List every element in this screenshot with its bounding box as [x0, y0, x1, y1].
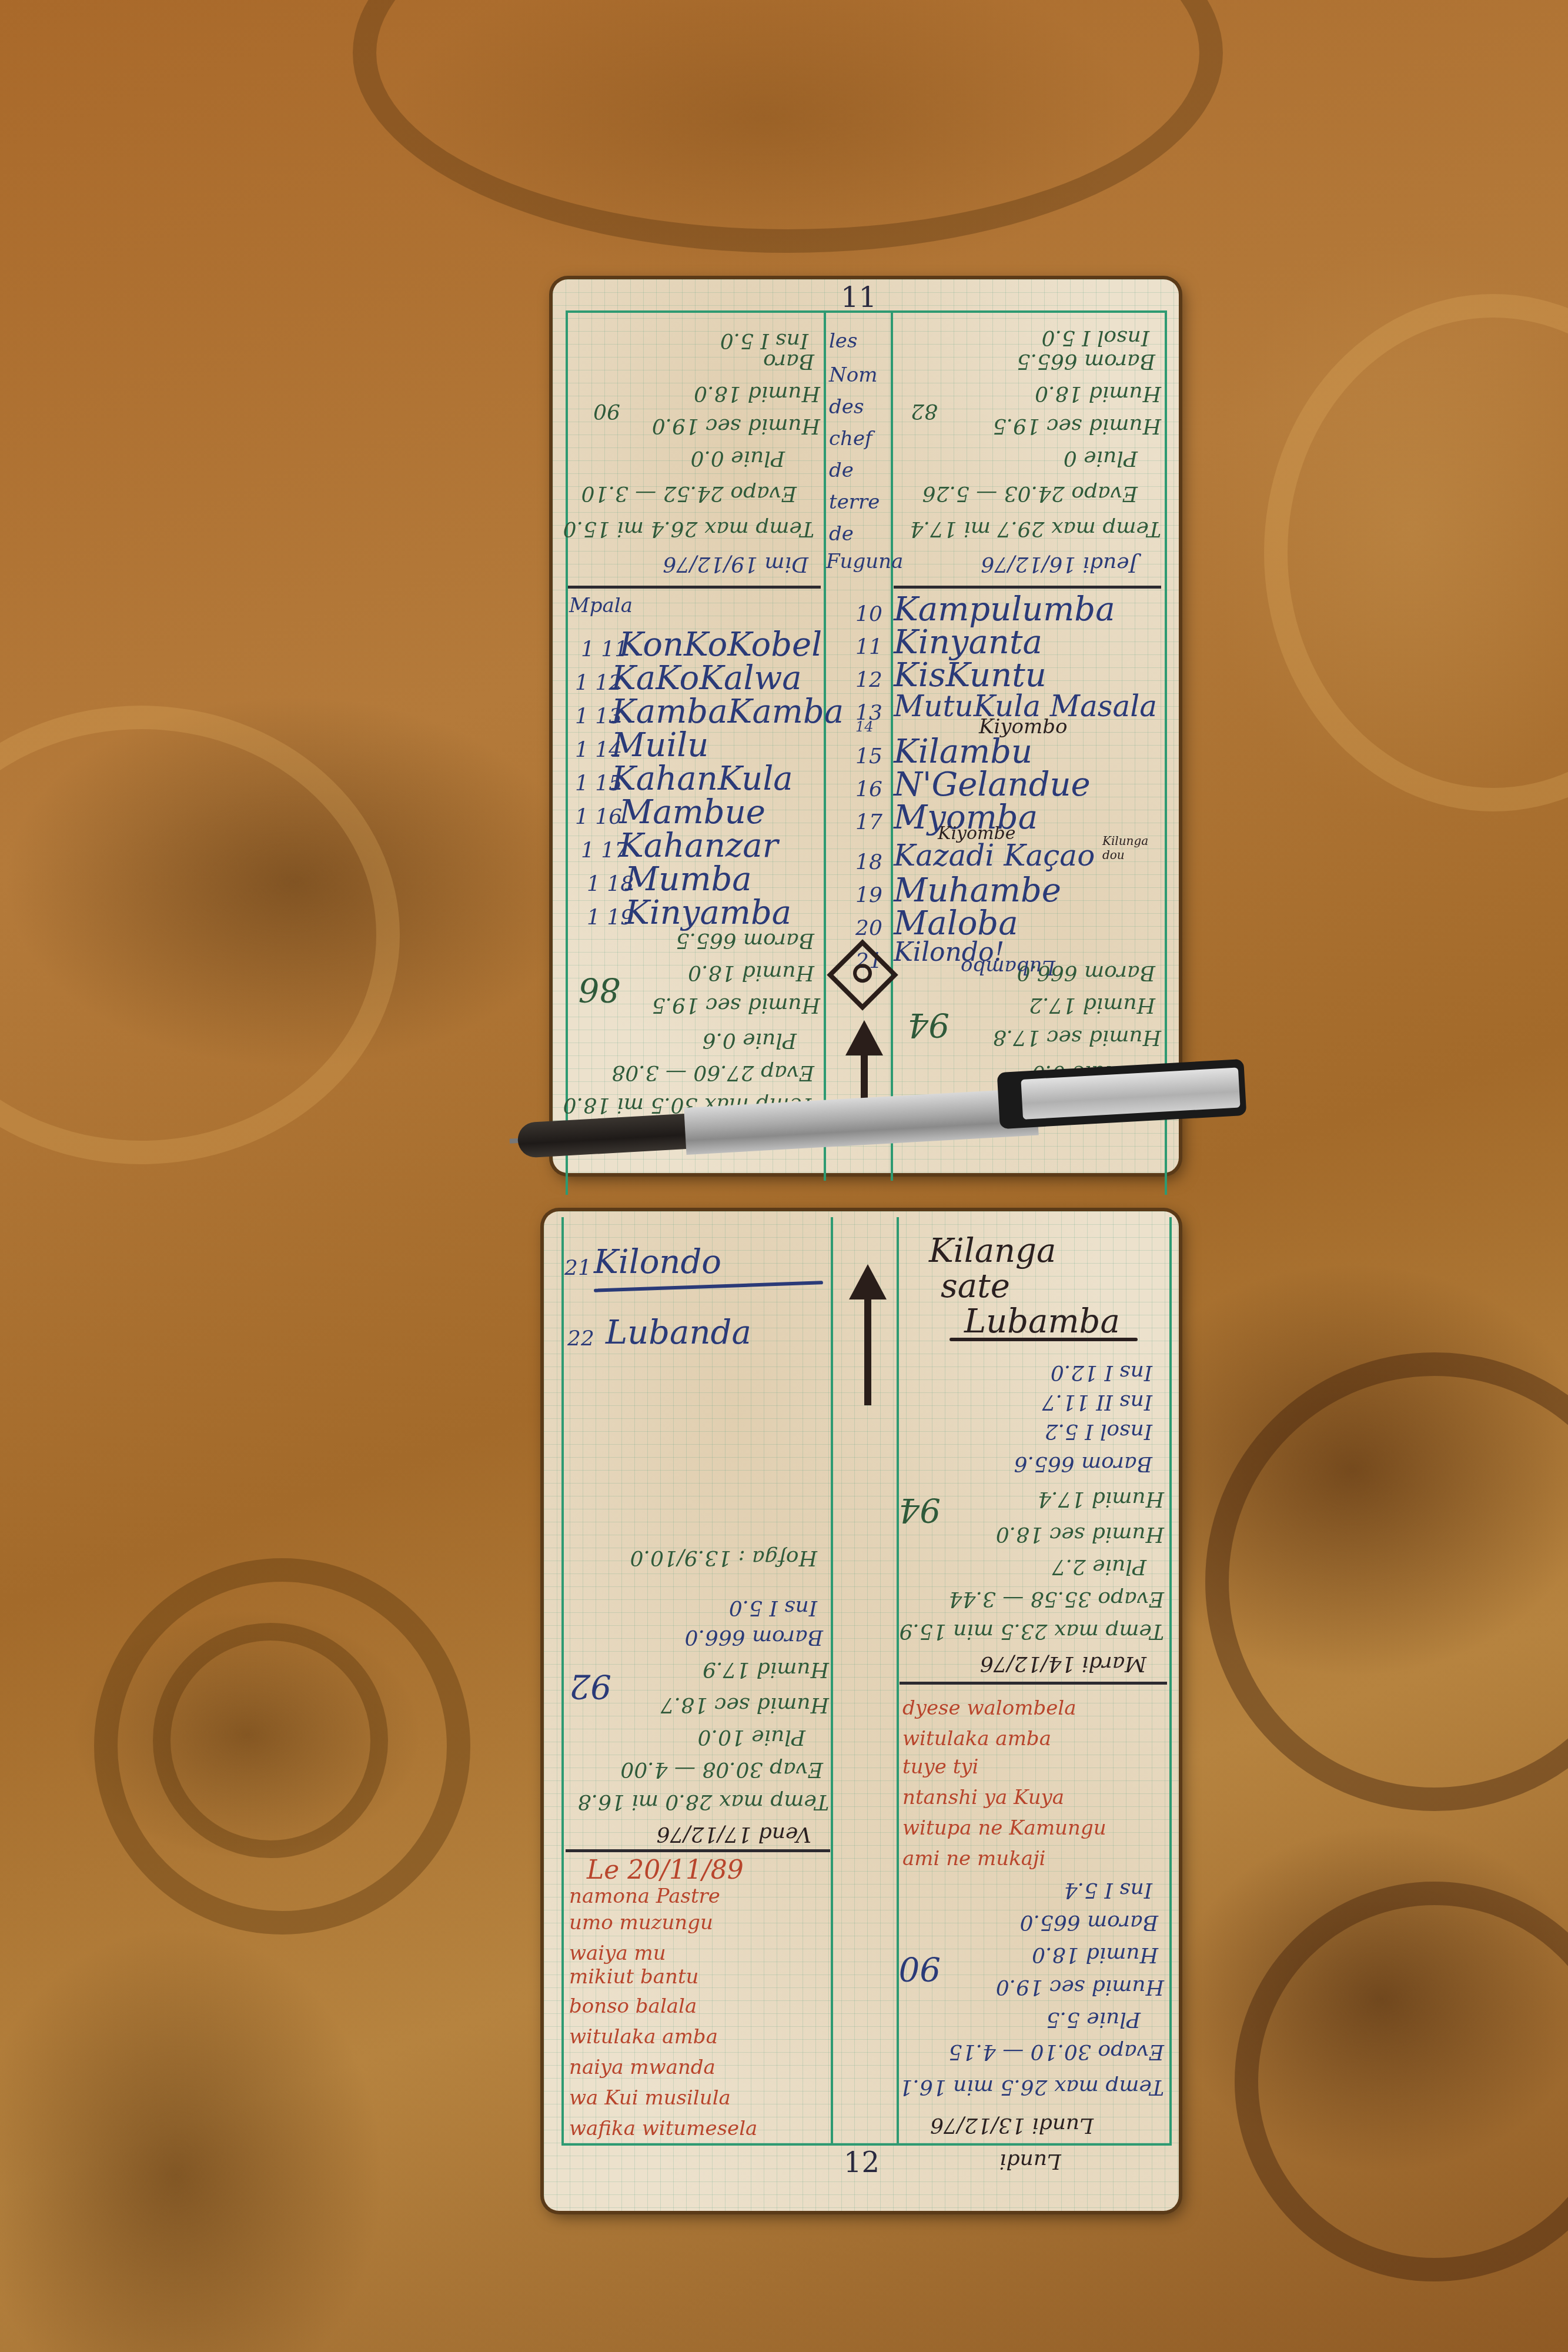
log-line: Hofga : 13.9/10.0 [630, 1546, 817, 1570]
list-item: 1 16Mambue [569, 797, 822, 830]
item-number: 16 [855, 777, 882, 801]
weather-log-upside-down-bottom-right-lower: Lundi 13/12/76 Temp max 26.5 min 16.1 Ev… [902, 1879, 1164, 2137]
page-number: 12 [844, 2146, 880, 2179]
item-number: 22 [567, 1327, 594, 1351]
red-note-left: Le 20/11/89 namona Pastre umo muzungu wa… [569, 1855, 828, 2147]
log-line: Humid 17.2 [1029, 993, 1155, 1017]
list-item: 19Muhambe [855, 875, 1161, 908]
note-line: witulaka amba [569, 2025, 828, 2056]
item-name: Lubanda [606, 1314, 751, 1352]
item-number: 11 [855, 635, 882, 659]
log-date: Lundi 13/12/76 [930, 2113, 1094, 2137]
item-number: 10 [855, 602, 882, 626]
note-word: les [829, 329, 894, 353]
note-line: wa Kui musilula [569, 2086, 828, 2117]
heading-line: Lubamba [964, 1302, 1120, 1341]
red-note-right: dyese walombela witulaka amba tuye tyi n… [902, 1696, 1167, 1877]
log-line: Humid 17.9 [703, 1658, 829, 1682]
note-line: naiya mwanda [569, 2056, 828, 2086]
up-arrow-icon [864, 1294, 871, 1405]
list-item: 1 15KahanKula [569, 763, 822, 797]
log-line: Temp max 26.4 mi 15.0 [563, 517, 814, 541]
item-number: 1 16 [575, 805, 622, 829]
log-line: Humid 18.0 [694, 382, 820, 406]
item-name: Kilondo [594, 1243, 721, 1281]
heading-line: Kilanga [929, 1232, 1056, 1270]
log-line: Temp max 28.0 mi 16.8 [578, 1790, 829, 1814]
date-rule [900, 1682, 1167, 1685]
note-word: chef [829, 427, 894, 450]
log-line: Temp max 29.7 mi 17.4 [910, 517, 1161, 541]
log-line: Evapo 24.03 — 5.26 [922, 482, 1138, 506]
list-item: 1 14Muilu [569, 730, 822, 763]
log-date: Vend 17/12/76 [657, 1822, 811, 1846]
log-value: 92 [570, 1667, 611, 1705]
page-number: 11 [841, 281, 877, 314]
note-word: des [829, 395, 894, 419]
weather-log-upside-down-right: Jeudi 16/12/76 Temp max 29.7 mi 17.4 Eva… [897, 329, 1161, 582]
log-line: Pluie 0 [1064, 446, 1138, 470]
note-date: Le 20/11/89 [569, 1855, 828, 1885]
underline [950, 1338, 1138, 1341]
weather-log-upside-down-bottom-left: Vend 17/12/76 Temp max 28.0 mi 16.8 Evap… [567, 1541, 829, 1846]
log-line: Ins I 12.0 [1051, 1361, 1152, 1385]
log-line: Humid sec 19.5 [652, 993, 820, 1017]
item-extra: Kilunga dou [1102, 834, 1155, 862]
log-line: Evapo 24.52 — 3.10 [581, 482, 797, 506]
note-line: umo muzungu [569, 1911, 828, 1942]
carpet-pattern [353, 0, 1223, 253]
log-line: Pluie 2.7 [1052, 1555, 1146, 1579]
log-line: Humid 18.0 [1035, 382, 1161, 406]
date-rule [566, 1849, 830, 1852]
list-header: Mpala [569, 594, 633, 617]
item-name: Kahanzar [619, 827, 778, 865]
log-value: 94 [899, 1491, 941, 1529]
note-line: dyese walombela [902, 1696, 1167, 1727]
log-line: Evap 27.60 — 3.08 [611, 1061, 814, 1085]
log-line: Barom 665.5 [1017, 349, 1155, 373]
log-value: 94 [908, 1005, 950, 1044]
log-value: 82 [911, 399, 938, 423]
note-word: de [829, 522, 894, 546]
log-line: Pluie 0.0 [691, 446, 785, 470]
log-line: Barom 665.5 [676, 928, 814, 953]
column-divider [831, 1217, 833, 2145]
weather-log-upside-down-left: Dim 19/12/76 Temp max 26.4 mi 15.0 Evapo… [570, 329, 820, 582]
log-line: Pluie 5.5 [1047, 2007, 1141, 2032]
carpet-pattern [1235, 1882, 1568, 2281]
log-line: Evapo 35.58 — 3.44 [949, 1587, 1164, 1611]
log-line: Ins I 5.0 [729, 1596, 817, 1620]
item-number: 19 [855, 883, 882, 907]
note-line: wafika witumesela [569, 2117, 828, 2147]
log-line: Humid sec 18.0 [996, 1522, 1164, 1546]
item-name: Mumba [625, 860, 752, 898]
log-line: Humid 18.0 [1032, 1943, 1158, 1967]
log-line: Lubambo [961, 955, 1055, 979]
log-line: Evapo 30.10 — 4.15 [949, 2040, 1164, 2064]
item-name: Kazadi Kaçao [894, 838, 1095, 873]
log-line: Temp max 26.5 min 16.1 [899, 2075, 1164, 2099]
list-item: 18Kazadi KaçaoKilunga dou [855, 842, 1161, 875]
log-line: Baro [763, 349, 814, 373]
log-line: Insol I 5.2 [1045, 1419, 1152, 1444]
log-line: Pluie 10.0 [698, 1725, 805, 1749]
item-name: Mambue [619, 793, 765, 831]
log-line: Ins I 5.4 [1064, 1878, 1152, 1902]
log-line: Barom 666.0 [685, 1625, 823, 1649]
note-line: witupa ne Kamungu [902, 1816, 1167, 1847]
note-word: terre [829, 490, 894, 514]
carpet-pattern [0, 706, 400, 1164]
item-name: KahanKula [611, 760, 793, 798]
weather-log-upside-down-bottom-right: Mardi 14/12/76 Temp max 23.5 min 15.9 Ev… [902, 1364, 1164, 1676]
pen-grip [517, 1114, 689, 1158]
log-line: Barom 665.0 [1020, 1910, 1158, 1935]
middle-column-notes: les Nom des chef de terre de [829, 329, 894, 546]
list-item: 1 17Kahanzar [569, 830, 822, 864]
item-number: 14 [855, 719, 874, 735]
log-line: Humid 17.4 [1038, 1487, 1164, 1511]
item-number: 15 [855, 744, 882, 769]
log-line: Pluie 0.6 [703, 1028, 797, 1053]
log-line: Humid sec 17.8 [993, 1025, 1161, 1050]
note-word: de [829, 459, 894, 482]
date-rule [894, 586, 1161, 589]
column-divider [824, 310, 826, 1181]
log-line: Humid sec 19.5 [993, 414, 1161, 438]
note-line: witulaka amba [902, 1727, 1167, 1755]
log-value: 90 [899, 1949, 941, 1987]
date-rule [568, 586, 821, 589]
item-number: 21 [564, 1256, 591, 1280]
list-item: 16N'Gelandue [855, 769, 1161, 802]
carpet-pattern [153, 1623, 388, 1858]
log-line: Ins I 5.0 [720, 329, 808, 353]
list-item: 10Kampulumba [855, 594, 1161, 627]
log-line: Humid sec 19.0 [996, 1975, 1164, 1999]
names-list-right: 10Kampulumba 11Kinyanta 12KisKuntu 13Mut… [855, 594, 1161, 974]
log-line: Humid sec 19.0 [652, 414, 820, 438]
list-item: 1 12KaKoKalwa [569, 663, 822, 696]
list-item: 20Maloba [855, 908, 1161, 941]
column-divider [897, 1217, 899, 2145]
log-line: Ins II 11.7 [1042, 1390, 1152, 1414]
item-name: Muilu [611, 726, 708, 764]
item-number: 12 [855, 668, 882, 692]
note-line: mikiut bantu [569, 1965, 828, 1994]
note-line: waiya mu [569, 1942, 828, 1965]
list-item: 1 13KambaKamba [569, 696, 822, 730]
list-item: 15Kilambu [855, 736, 1161, 769]
heading-line: sate [941, 1267, 1010, 1305]
log-line: Temp max 23.5 min 15.9 [899, 1619, 1164, 1643]
note-line: bonso balala [569, 1994, 828, 2025]
carpet-pattern [1205, 1352, 1568, 1811]
log-line: Humid sec 18.7 [661, 1693, 829, 1717]
note-line: tuye tyi [902, 1755, 1167, 1786]
carpet-pattern [1264, 294, 1568, 811]
item-name: KaKoKalwa [611, 659, 802, 697]
note-line: ntanshi ya Kuya [902, 1786, 1167, 1816]
note-line: namona Pastre [569, 1885, 828, 1911]
log-line: Insol I 5.0 [1042, 326, 1149, 350]
list-item: 11Kinyanta [855, 627, 1161, 660]
item-name: KonKoKobel [619, 626, 822, 664]
log-date: Dim 19/12/76 [663, 552, 808, 576]
names-list-left: 1 11KonKoKobel 1 12KaKoKalwa 1 13KambaKa… [569, 629, 822, 931]
log-date: Jeudi 16/12/76 [981, 552, 1138, 576]
log-line: Humid 18.0 [688, 961, 814, 985]
footer-note: Lundi [999, 2149, 1061, 2173]
log-line: Evap 30.08 — 4.00 [620, 1758, 823, 1782]
note-word: Nom [829, 363, 894, 387]
list-item: 1 11KonKoKobel [569, 629, 822, 663]
note-word-fuguna: Fuguna [826, 550, 903, 573]
item-number: 18 [855, 850, 882, 874]
note-line: ami ne mukaji [902, 1847, 1167, 1877]
item-name: KambaKamba [611, 693, 844, 731]
log-line: Barom 665.6 [1014, 1452, 1152, 1476]
log-value: 86 [579, 970, 620, 1008]
item-number: 20 [855, 916, 882, 940]
list-item: 1 18Mumba [569, 864, 822, 897]
log-date: Mardi 14/12/76 [980, 1652, 1146, 1676]
list-item: 12KisKuntu [855, 660, 1161, 693]
log-value: 90 [593, 399, 620, 423]
heading-right: Kilanga sate Lubamba [929, 1232, 1164, 1361]
